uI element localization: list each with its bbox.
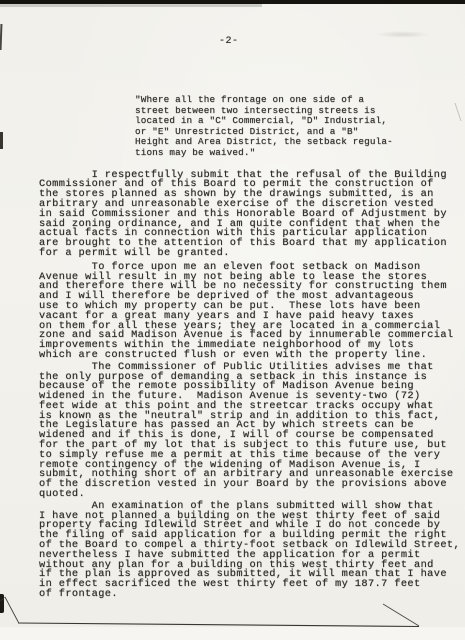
scan-mark-left-bottom	[0, 594, 4, 613]
document-page: -2- "Where all the frontage on one side …	[0, 0, 465, 640]
scan-mark-left-upper	[0, 24, 2, 50]
paragraph-setback-impact: To force upon me an eleven foot setback …	[39, 263, 461, 361]
paragraph-refusal-submission: I respectfully submit that the refusal o…	[39, 171, 461, 259]
scan-smudge-top-right	[375, 31, 430, 38]
scan-mark-left-mid	[0, 132, 3, 149]
scan-noise-top	[0, 4, 262, 7]
letter-body: "Where all the frontage on one side of a…	[39, 95, 461, 600]
paragraph-plans-examination: An examination of the plans submitted wi…	[39, 502, 461, 600]
paragraph-utilities-commissioner: The Commissioner of Public Utilities adv…	[39, 363, 461, 500]
ordinance-quote: "Where all the frontage on one side of a…	[135, 95, 461, 159]
scanner-background-strip	[0, 627, 465, 640]
page-number: -2-	[219, 36, 239, 47]
